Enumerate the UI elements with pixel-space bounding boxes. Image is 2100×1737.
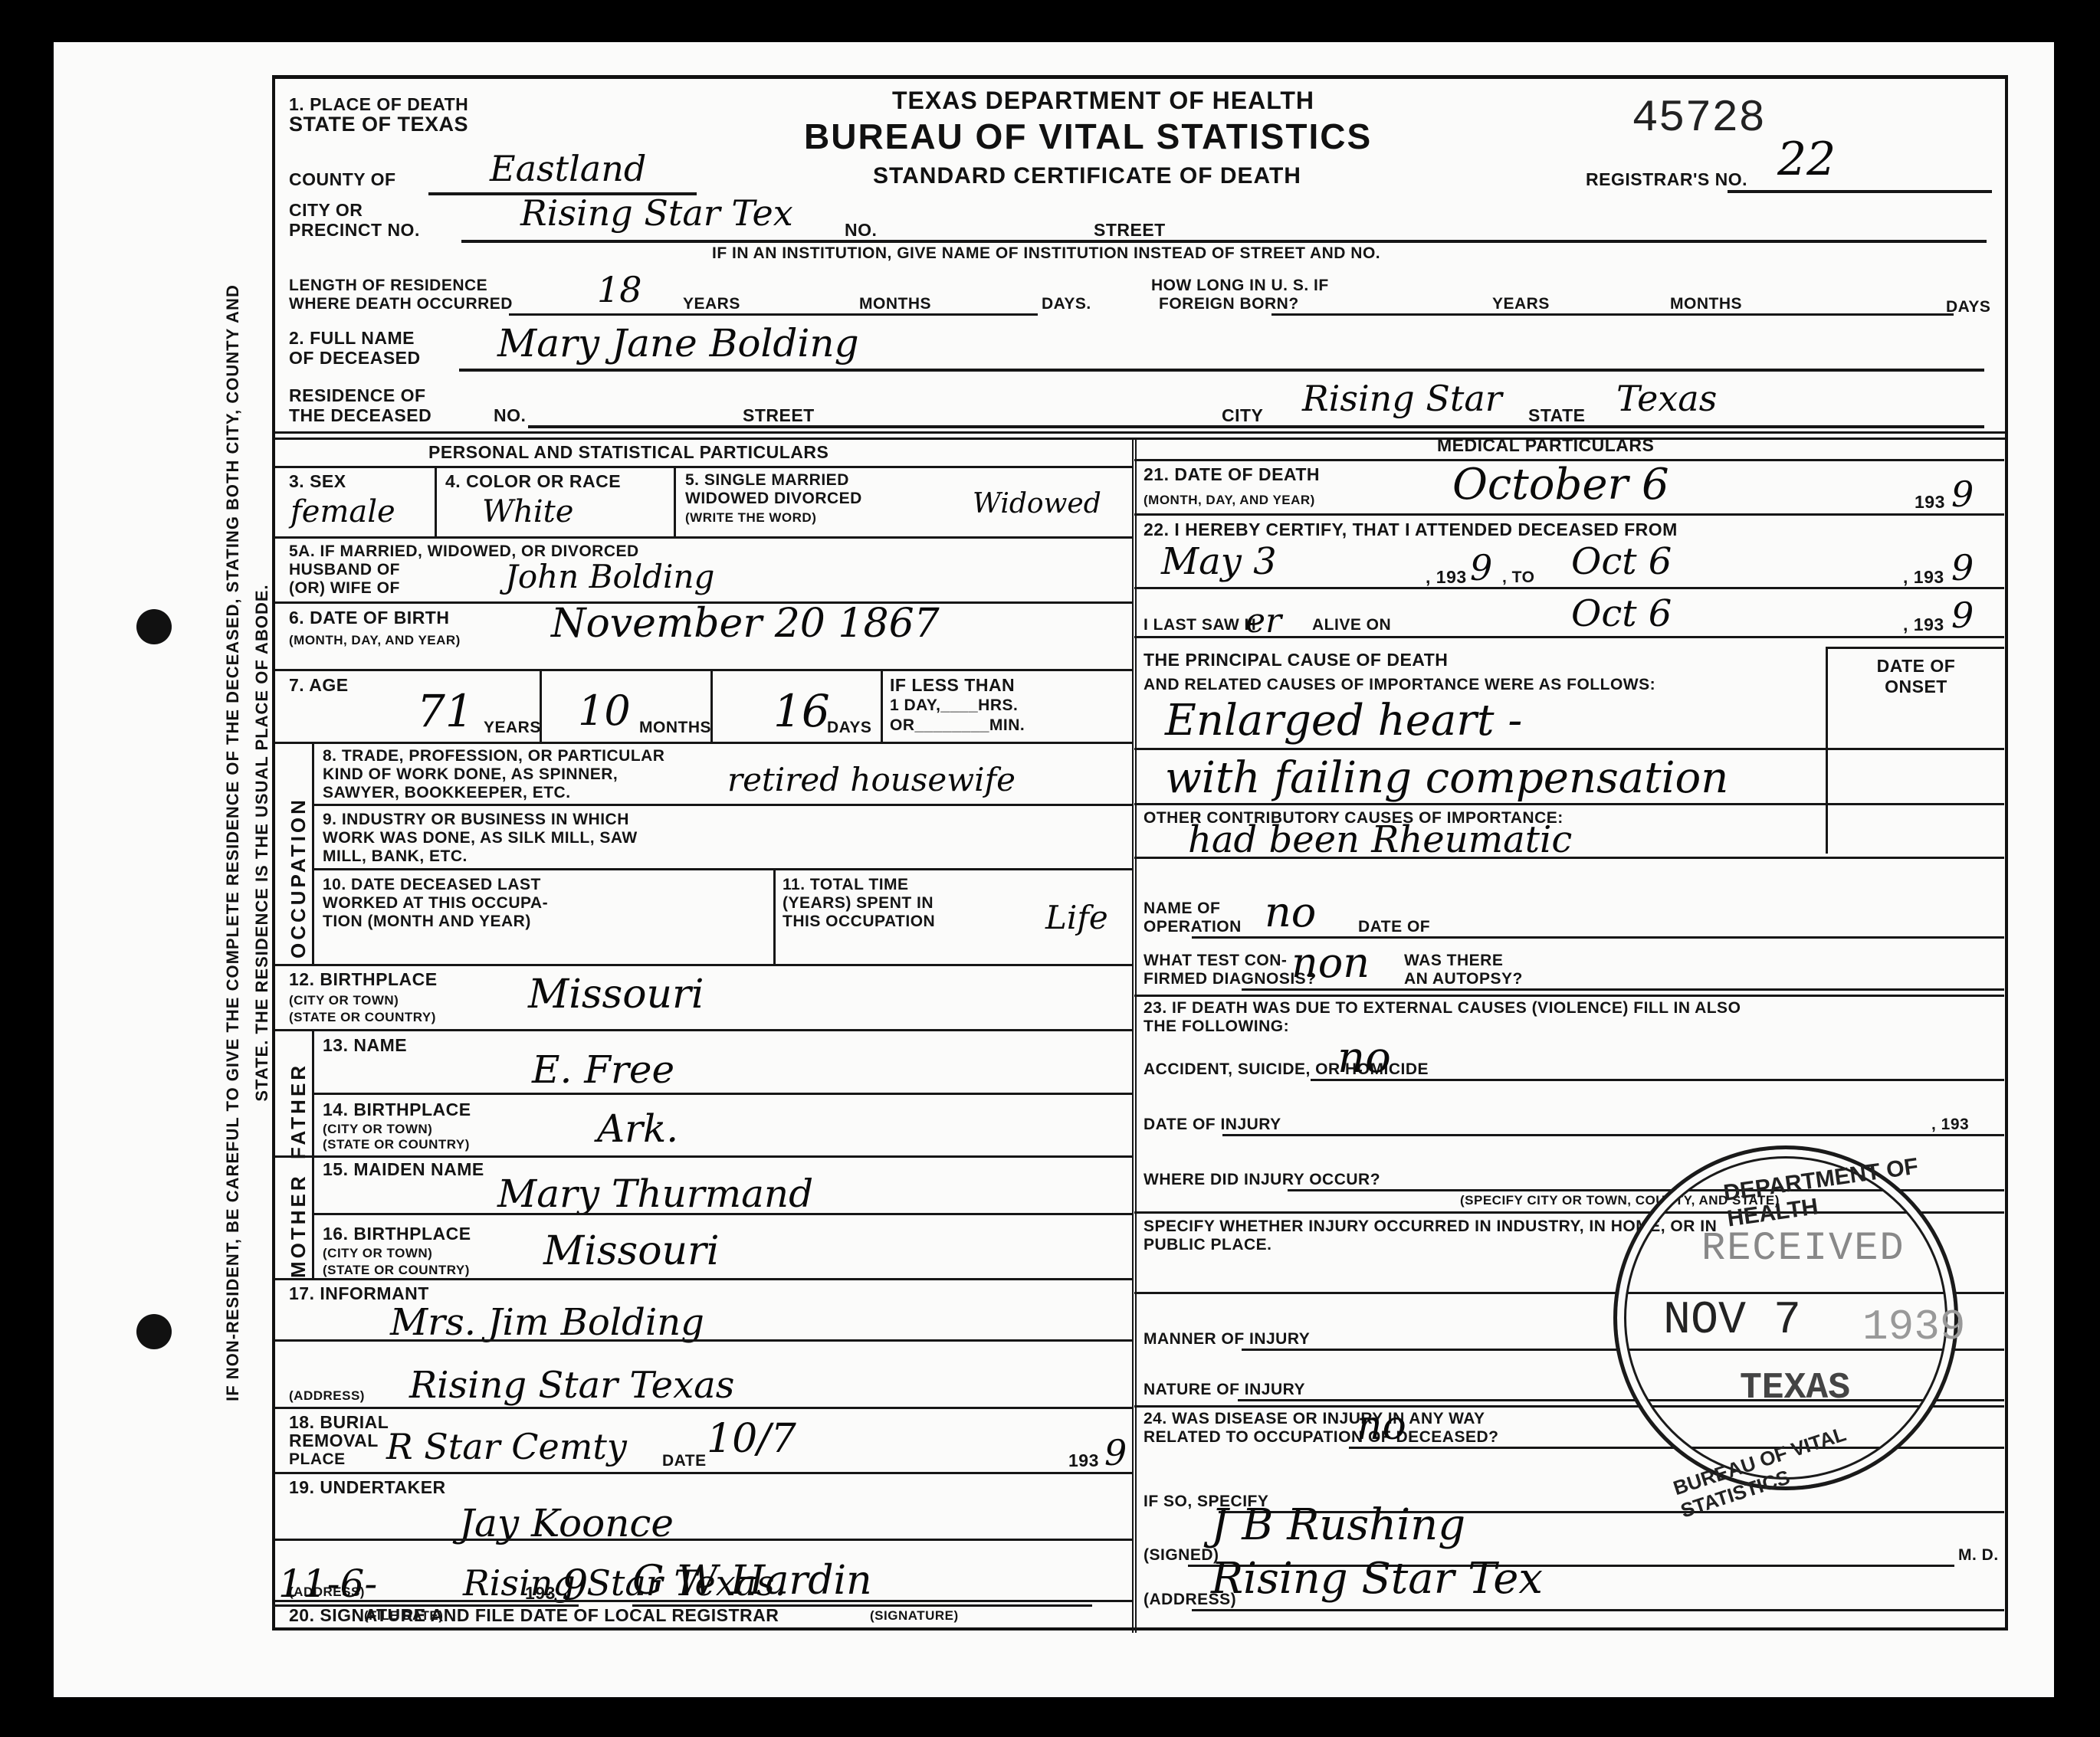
burial-place-value: R Star Cemty [386, 1427, 627, 1466]
mother-name-label: 15. MAIDEN NAME [323, 1159, 484, 1180]
rule [312, 868, 1132, 870]
full-name-label-1: 2. FULL NAME [289, 328, 415, 349]
father-birthplace-label-3: (STATE OR COUNTRY) [323, 1136, 470, 1152]
informant-address-label: (ADDRESS) [289, 1388, 365, 1404]
state-of-texas-label: STATE OF TEXAS [289, 114, 468, 135]
foreign-born-label-2: FOREIGN BORN? [1159, 295, 1299, 313]
less-than-label-2: 1 DAY,____HRS. [890, 696, 1018, 715]
rule [632, 1604, 1092, 1607]
signature-label: (SIGNATURE) [870, 1608, 959, 1624]
rule [1826, 647, 2004, 649]
birthplace-label-2: (CITY OR TOWN) [289, 992, 399, 1008]
rule [275, 669, 1132, 671]
injury-specify-label-1: SPECIFY WHETHER INJURY OCCURRED IN INDUS… [1144, 1218, 1717, 1236]
rule [459, 369, 1984, 372]
total-time-label-2: (YEARS) SPENT IN [783, 894, 934, 913]
industry-label-2: WORK WAS DONE, AS SILK MILL, SAW [323, 829, 638, 847]
attended-from-value: May 3 [1161, 542, 1277, 581]
autopsy-label-1: WAS THERE [1404, 952, 1503, 970]
rule [710, 669, 713, 742]
test-label-2: FIRMED DIAGNOSIS? [1144, 970, 1317, 988]
rule [461, 240, 1987, 243]
personal-section-title: PERSONAL AND STATISTICAL PARTICULARS [428, 442, 829, 463]
cause-label-2: AND RELATED CAUSES OF IMPORTANCE WERE AS… [1144, 676, 1655, 694]
certificate-number: 45728 [1632, 94, 1765, 144]
residence-years-value: 18 [597, 270, 642, 309]
total-time-value: Life [1045, 899, 1108, 937]
last-saw-year-digit: 9 [1951, 596, 1974, 634]
us-years-label: YEARS [1492, 295, 1550, 313]
rule [1134, 587, 2004, 589]
marital-label-1: 5. SINGLE MARRIED [685, 471, 849, 490]
occupation-related-value: no [1357, 1407, 1406, 1445]
attended-to-value: Oct 6 [1571, 542, 1672, 581]
father-name-label: 13. NAME [323, 1035, 407, 1056]
residence-city-label: CITY [1222, 405, 1263, 426]
rule [528, 425, 1984, 428]
age-months-label: MONTHS [639, 719, 711, 737]
burial-year-digit: 9 [1104, 1434, 1127, 1472]
rule [312, 1093, 1132, 1095]
last-saw-label: I LAST SAW H [1144, 616, 1256, 634]
rule [272, 1604, 579, 1607]
deceased-name-value: Mary Jane Bolding [497, 324, 859, 362]
residence-length-label-1: LENGTH OF RESIDENCE [289, 277, 487, 295]
rule [312, 804, 1132, 806]
trade-value: retired housewife [727, 761, 1016, 799]
department-title: TEXAS DEPARTMENT OF HEALTH [892, 87, 1314, 115]
residence-state-value: Texas [1616, 379, 1717, 418]
stamp-top-arc: DEPARTMENT OF HEALTH [1722, 1149, 1957, 1232]
spouse-label-3: (OR) WIFE OF [289, 579, 400, 598]
injury-specify-label-2: PUBLIC PLACE. [1144, 1236, 1272, 1254]
stamp-year: 1939 [1862, 1303, 1965, 1352]
age-label: 7. AGE [289, 675, 349, 696]
place-of-death-label: 1. PLACE OF DEATH [289, 94, 468, 115]
last-saw-date-value: Oct 6 [1571, 595, 1672, 633]
residence-label-2: THE DECEASED [289, 405, 431, 426]
rule [275, 1407, 1132, 1409]
mother-name-value: Mary Thurmand [497, 1175, 813, 1213]
spouse-label-2: HUSBAND OF [289, 561, 400, 579]
date-of-onset-label: DATE OF ONSET [1843, 656, 1989, 697]
test-value: non [1291, 944, 1370, 982]
rule [275, 536, 1132, 539]
to-year-prefix: , 193 [1903, 567, 1944, 588]
injury-date-label: DATE OF INJURY [1144, 1116, 1281, 1134]
rule [275, 742, 1132, 744]
race-value: White [482, 493, 573, 531]
external-causes-label-2: THE FOLLOWING: [1144, 1018, 1289, 1036]
file-year-digit: 9 [562, 1566, 588, 1604]
birthplace-label-3: (STATE OR COUNTRY) [289, 1009, 436, 1025]
rule [1271, 313, 1954, 316]
street-label: STREET [1094, 220, 1166, 241]
dod-label-2: (MONTH, DAY, AND YEAR) [1144, 492, 1315, 508]
county-value: Eastland [490, 149, 646, 188]
medical-section-title: MEDICAL PARTICULARS [1437, 435, 1654, 456]
total-time-label-3: THIS OCCUPATION [783, 913, 935, 931]
rule [275, 466, 1132, 468]
punch-hole [136, 1314, 172, 1349]
sex-value: female [290, 493, 395, 531]
from-year-digit: 9 [1470, 549, 1492, 587]
city-label-2: PRECINCT NO. [289, 220, 420, 241]
age-years-label: YEARS [484, 719, 541, 737]
age-days-label: DAYS [827, 719, 871, 737]
trade-label-3: SAWYER, BOOKKEEPER, ETC. [323, 784, 571, 802]
rule [275, 1278, 1132, 1280]
dod-value: October 6 [1452, 466, 1669, 504]
birthplace-label-1: 12. BIRTHPLACE [289, 969, 438, 990]
bureau-title: BUREAU OF VITAL STATISTICS [804, 116, 1372, 157]
rule [1192, 1609, 2004, 1611]
mother-birthplace-label-1: 16. BIRTHPLACE [323, 1224, 471, 1244]
rule [1242, 988, 2004, 991]
father-birthplace-label-1: 14. BIRTHPLACE [323, 1100, 471, 1120]
rule [1826, 647, 1828, 854]
undertaker-label: 19. UNDERTAKER [289, 1477, 446, 1498]
rule [275, 1472, 1132, 1474]
side-note-line-1: IF NON-RESIDENT, BE CAREFUL TO GIVE THE … [218, 61, 248, 1624]
cause-label-1: THE PRINCIPAL CAUSE OF DEATH [1144, 650, 1448, 670]
rule [1134, 857, 2004, 859]
undertaker-value: Jay Koonce [459, 1504, 674, 1542]
rule [1134, 803, 2004, 805]
physician-signature: J B Rushing [1211, 1506, 1465, 1545]
rule [1728, 190, 1992, 193]
certificate-title: STANDARD CERTIFICATE OF DEATH [873, 163, 1301, 189]
received-stamp: DEPARTMENT OF HEALTH RECEIVED NOV 7 1939… [1613, 1145, 1958, 1490]
informant-value: Mrs. Jim Bolding [390, 1303, 704, 1342]
burial-label-1: 18. BURIAL [289, 1412, 389, 1433]
dob-label-2: (MONTH, DAY, AND YEAR) [289, 632, 461, 648]
industry-label-1: 9. INDUSTRY OR BUSINESS IN WHICH [323, 811, 629, 829]
burial-date-label: DATE [662, 1452, 707, 1470]
foreign-born-label-1: HOW LONG IN U. S. IF [1151, 277, 1329, 295]
occupation-side-label: OCCUPATION [287, 752, 310, 959]
marital-label-3: (WRITE THE WORD) [685, 510, 816, 526]
age-years-value: 71 [417, 692, 474, 730]
age-months-value: 10 [578, 692, 631, 730]
rule [275, 1339, 1132, 1342]
trade-label-2: KIND OF WORK DONE, AS SPINNER, [323, 765, 618, 784]
full-name-label-2: OF DECEASED [289, 348, 421, 369]
city-label-1: CITY OR [289, 200, 363, 221]
age-days-value: 16 [773, 692, 830, 730]
institution-note: IF IN AN INSTITUTION, GIVE NAME OF INSTI… [712, 244, 1380, 263]
from-year-prefix: , 193 [1426, 567, 1467, 588]
occupation-related-label-2: RELATED TO OCCUPATION OF DECEASED? [1144, 1428, 1498, 1447]
punch-hole [136, 609, 172, 644]
months-label: MONTHS [859, 295, 931, 313]
file-year-prefix: 193 [525, 1583, 556, 1604]
rule [275, 964, 1132, 966]
father-name-value: E. Free [532, 1050, 674, 1089]
burial-year-prefix: 193 [1068, 1450, 1099, 1471]
marital-value: Widowed [973, 485, 1101, 523]
county-label: COUNTY OF [289, 169, 396, 190]
race-label: 4. COLOR OR RACE [445, 471, 621, 492]
total-time-label-1: 11. TOTAL TIME [783, 876, 909, 894]
dod-label-1: 21. DATE OF DEATH [1144, 464, 1320, 485]
trade-label-1: 8. TRADE, PROFESSION, OR PARTICULAR [323, 747, 664, 765]
spouse-value: John Bolding [505, 558, 714, 596]
mother-side-label: MOTHER [287, 1155, 310, 1278]
us-months-label: MONTHS [1670, 295, 1742, 313]
injury-year-prefix: , 193 [1931, 1116, 1969, 1134]
stamp-received: RECEIVED [1701, 1226, 1905, 1271]
rule [1134, 995, 2004, 997]
rule [1134, 513, 2004, 516]
rule [435, 466, 437, 536]
nature-of-injury-label: NATURE OF INJURY [1144, 1381, 1305, 1399]
certify-label: 22. I HEREBY CERTIFY, THAT I ATTENDED DE… [1144, 519, 1678, 540]
rule [540, 669, 542, 742]
burial-date-value: 10/7 [707, 1420, 796, 1458]
registrar-row: 11-6- 193 9 G W Hardin (FILE DATE) (SIGN… [272, 1563, 1129, 1624]
father-side-label: FATHER [287, 1029, 310, 1159]
industry-label-3: MILL, BANK, ETC. [323, 847, 468, 866]
autopsy-label-2: AN AUTOPSY? [1404, 970, 1523, 988]
stamp-date: NOV 7 [1663, 1295, 1801, 1347]
rule [275, 1155, 1132, 1158]
rule [509, 313, 1038, 316]
to-label: , TO [1502, 569, 1534, 587]
rule [881, 669, 883, 742]
burial-label-3: PLACE [289, 1450, 346, 1469]
rule [312, 1155, 314, 1278]
test-label-1: WHAT TEST CON- [1144, 952, 1287, 970]
last-worked-label-3: TION (MONTH AND YEAR) [323, 913, 531, 931]
to-year-digit: 9 [1951, 549, 1974, 587]
marital-label-2: WIDOWED DIVORCED [685, 490, 862, 508]
informant-address-value: Rising Star Texas [409, 1366, 734, 1404]
file-date-label: (FILE DATE) [364, 1608, 443, 1624]
side-instruction-note: IF NON-RESIDENT, BE CAREFUL TO GIVE THE … [218, 61, 277, 1624]
rule [312, 1213, 1132, 1215]
external-causes-label-1: 23. IF DEATH WAS DUE TO EXTERNAL CAUSES … [1144, 999, 1741, 1018]
registrar-no-label: REGISTRAR'S NO. [1586, 169, 1747, 190]
dob-value: November 20 1867 [551, 605, 940, 643]
md-label: M. D. [1958, 1546, 1999, 1565]
mother-birthplace-value: Missouri [543, 1232, 720, 1270]
occupation-related-label-1: 24. WAS DISEASE OR INJURY IN ANY WAY [1144, 1410, 1485, 1428]
residence-street-label: STREET [743, 405, 815, 426]
rule [773, 868, 776, 964]
accident-value: no [1337, 1039, 1391, 1077]
registrar-no-value: 22 [1777, 140, 1836, 179]
father-birthplace-value: Ark. [597, 1109, 678, 1148]
last-worked-label-1: 10. DATE DECEASED LAST [323, 876, 541, 894]
alive-on-label: ALIVE ON [1312, 616, 1391, 634]
residence-state-label: STATE [1528, 405, 1585, 426]
operation-value: no [1265, 893, 1316, 932]
residence-label-1: RESIDENCE OF [289, 385, 426, 406]
less-than-label-3: OR________MIN. [890, 716, 1025, 735]
rule [312, 742, 314, 964]
city-no-label: NO. [845, 220, 877, 241]
operation-date-label: DATE OF [1358, 918, 1430, 936]
city-value: Rising Star Tex [520, 194, 793, 232]
file-date-value: 11-6- [278, 1565, 377, 1603]
physician-address-value: Rising Star Tex [1211, 1560, 1543, 1598]
stamp-state: TEXAS [1740, 1368, 1850, 1409]
sex-label: 3. SEX [289, 471, 346, 492]
injury-where-label: WHERE DID INJURY OCCUR? [1144, 1171, 1380, 1189]
rule [1311, 1079, 2004, 1081]
rule [275, 1029, 1132, 1031]
mother-birthplace-label-3: (STATE OR COUNTRY) [323, 1262, 470, 1278]
operation-label-1: NAME OF [1144, 900, 1220, 918]
father-birthplace-label-2: (CITY OR TOWN) [323, 1121, 432, 1137]
years-label: YEARS [683, 295, 740, 313]
last-worked-label-2: WORKED AT THIS OCCUPA- [323, 894, 548, 913]
rule [1134, 636, 2004, 638]
rule [1134, 748, 2004, 750]
operation-label-2: OPERATION [1144, 918, 1242, 936]
rule [1222, 1134, 2004, 1136]
residence-length-label-2: WHERE DEATH OCCURRED [289, 295, 513, 313]
dob-label-1: 6. DATE OF BIRTH [289, 608, 449, 628]
signed-label: (SIGNED) [1144, 1546, 1219, 1565]
birthplace-value: Missouri [528, 975, 704, 1014]
less-than-label-1: IF LESS THAN [890, 675, 1015, 696]
cause-line-2: with failing compensation [1165, 759, 1728, 798]
residence-city-value: Rising Star [1302, 379, 1502, 418]
dod-year-digit: 9 [1951, 475, 1974, 513]
registrar-signature-value: G W Hardin [632, 1562, 872, 1600]
cause-line-1: Enlarged heart - [1165, 702, 1522, 740]
last-saw-year-prefix: , 193 [1903, 615, 1944, 635]
residence-no-label: NO. [494, 405, 526, 426]
other-causes-value: had been Rheumatic [1188, 821, 1572, 859]
dod-year-prefix: 193 [1915, 492, 1945, 513]
last-saw-pronoun: er [1245, 602, 1281, 641]
rule [275, 1539, 1132, 1541]
mother-birthplace-label-2: (CITY OR TOWN) [323, 1245, 432, 1261]
manner-of-injury-label: MANNER OF INJURY [1144, 1330, 1310, 1349]
rule [674, 466, 676, 536]
burial-label-2: REMOVAL [289, 1431, 379, 1451]
days-label: DAYS. [1042, 295, 1091, 313]
